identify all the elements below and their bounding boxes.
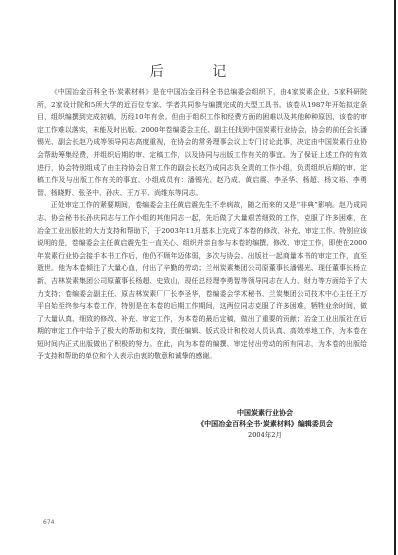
signature-block: 中国炭素行业协会 《中国冶金百科全书·炭素材料》编辑委员会 2004年2月 bbox=[180, 408, 350, 441]
page-title: 后 记 bbox=[0, 61, 398, 81]
paragraph-2: 正处审定工作的紧要期间，卷编委会主任黄启震先生不幸病故，随之而来的又是“非典”影… bbox=[37, 199, 367, 363]
signature-org-association: 中国炭素行业协会 bbox=[180, 408, 350, 419]
page-edge-border bbox=[394, 0, 396, 555]
signature-date: 2004年2月 bbox=[180, 430, 350, 441]
afterword-body: 《中国冶金百科全书·炭素材料》是在中国冶金百科全书总编委会组织下，由4家炭素企业… bbox=[37, 86, 367, 363]
paragraph-1: 《中国冶金百科全书·炭素材料》是在中国冶金百科全书总编委会组织下，由4家炭素企业… bbox=[37, 86, 367, 199]
signature-org-committee: 《中国冶金百科全书·炭素材料》编辑委员会 bbox=[180, 419, 350, 430]
page-number: 674 bbox=[43, 519, 54, 526]
